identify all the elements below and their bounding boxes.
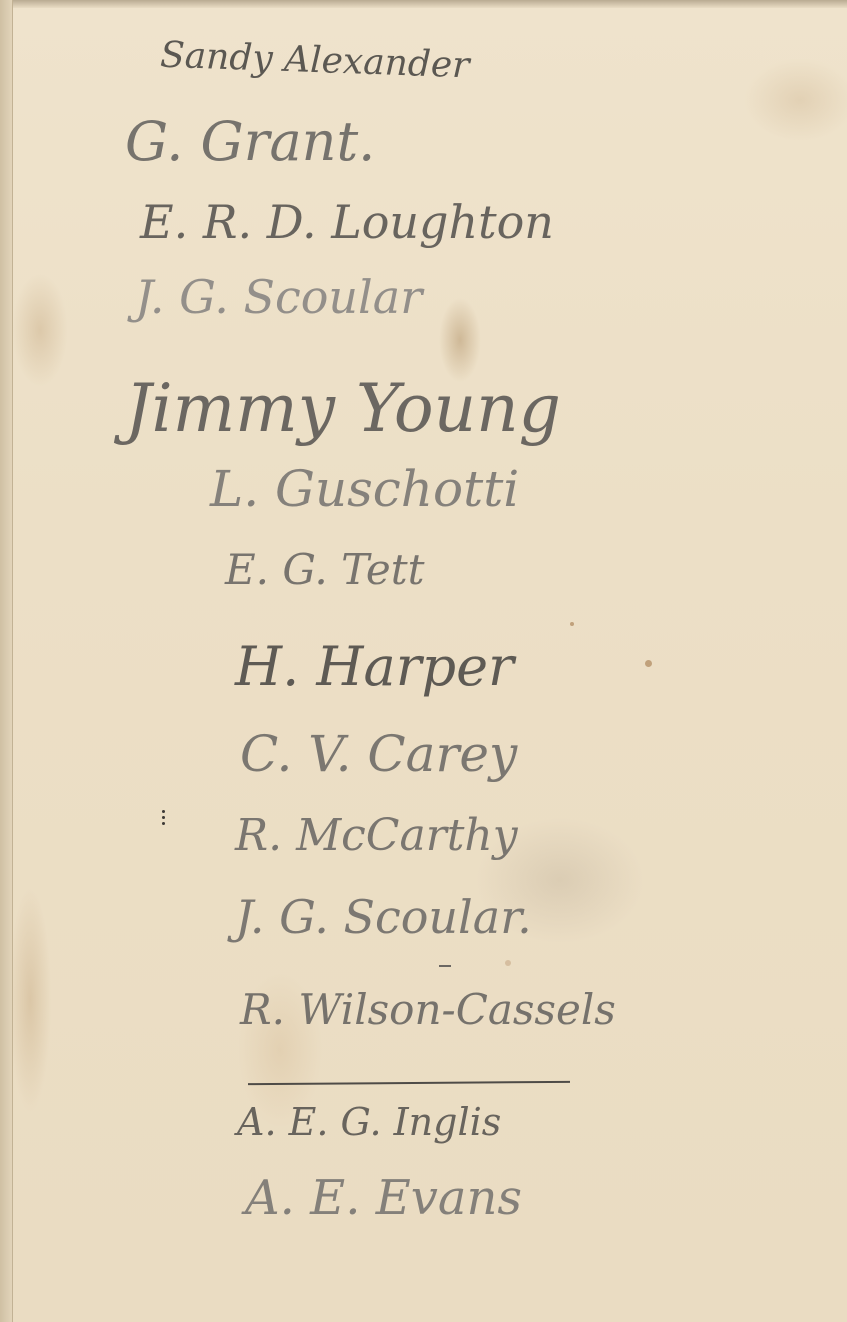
- divider-line: [248, 1081, 570, 1085]
- signature-r-wilson-cassels: R. Wilson-Cassels: [240, 985, 616, 1034]
- foxing-spot: [505, 960, 511, 966]
- signature-eg-tett: E. G. Tett: [225, 545, 424, 594]
- signature-cv-carey: C. V. Carey: [240, 725, 517, 783]
- signature-l-guschotti: L. Guschotti: [210, 460, 519, 518]
- signature-aeg-inglis: A. E. G. Inglis: [237, 1100, 501, 1144]
- foxing-spot: [645, 660, 652, 667]
- signature-erd-loughton: E. R. D. Loughton: [140, 195, 554, 249]
- signature-r-mccarthy: R. McCarthy: [235, 810, 518, 861]
- page-left-edge: [0, 0, 13, 1322]
- signature-sandy-alexander: Sandy Alexander: [159, 35, 470, 87]
- signature-jimmy-young: Jimmy Young: [125, 370, 561, 447]
- signature-jg-scoular-2: J. G. Scoular.: [235, 890, 532, 944]
- page-top-edge: [0, 0, 847, 8]
- ink-dots: [162, 810, 166, 830]
- autograph-page: Sandy Alexander G. Grant. E. R. D. Lough…: [0, 0, 847, 1322]
- foxing-spot: [570, 622, 574, 626]
- pencil-dash: [439, 965, 451, 967]
- signature-jg-scoular-1: J. G. Scoular: [135, 270, 422, 324]
- show-through-print: [580, 380, 820, 1076]
- signature-ae-evans: A. E. Evans: [245, 1170, 522, 1226]
- signature-h-harper: H. Harper: [235, 635, 514, 698]
- signature-g-grant: G. Grant.: [125, 110, 375, 173]
